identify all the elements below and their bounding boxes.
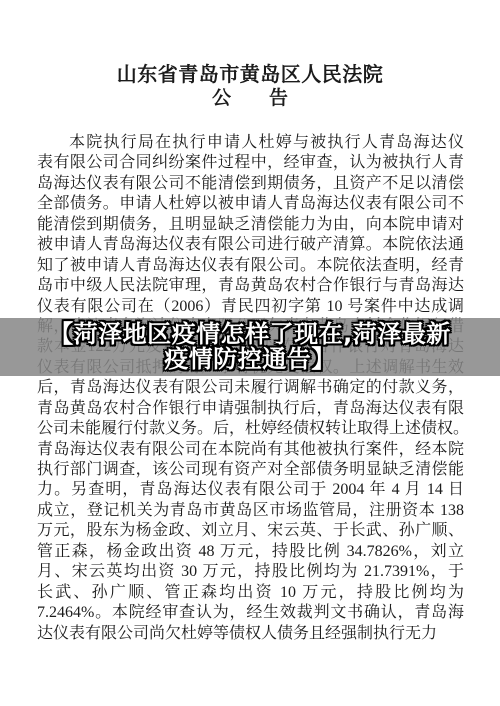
- body-line: 月、宋云英均出资 30 万元，持股比例均为 21.7391%，于: [37, 562, 464, 582]
- overlay-title-line-2: 疫情防控通告】: [164, 347, 336, 372]
- body-line: 能清偿到期债务，且明显缺乏清偿能力为由，向本院申请对: [37, 215, 464, 235]
- body-line: 全部债务。申请人杜婷以被申请人青岛海达仪表有限公司不: [37, 194, 464, 214]
- body-line: 青岛海达仪表有限公司在本院尚有其他被执行案件，经本院: [37, 440, 464, 460]
- body-line: 公司未能履行付款义务。后，杜婷经债权转让取得上述债权。: [37, 419, 464, 439]
- announcement-page: 山东省青岛市黄岛区人民法院 公 告 本院执行局在执行申请人杜婷与被执行人青岛海达…: [0, 0, 500, 706]
- body-line: 表有限公司合同纠纷案件过程中，经审查，认为被执行人青: [37, 153, 464, 173]
- body-line: 万元，股东为杨金政、刘立月、宋云英、于长武、孙广顺、: [37, 521, 464, 541]
- body-line: 知了被申请人青岛海达仪表有限公司。本院依法查明，经青: [37, 256, 464, 276]
- body-line: 力。另查明，青岛海达仪表有限公司于 2004 年 4 月 14 日: [37, 480, 464, 500]
- body-line: 岛市中级人民法院审理，青岛黄岛农村合作银行与青岛海达: [37, 276, 464, 296]
- body-line: 岛海达仪表有限公司不能清偿到期债务，且资产不足以清偿: [37, 174, 464, 194]
- body-line: 长武、孙广顺、管正森均出资 10 万元，持股比例均为: [37, 583, 464, 603]
- body-line: 仪表有限公司在（2006）青民四初字第 10 号案件中达成调: [37, 297, 464, 317]
- overlay-band: 【菏泽地区疫情怎样了现在,菏泽最新 疫情防控通告】: [0, 318, 500, 376]
- body-line: 本院执行局在执行申请人杜婷与被执行人青岛海达仪: [37, 133, 464, 153]
- body-line: 被申请人青岛海达仪表有限公司进行破产清算。本院依法通: [37, 235, 464, 255]
- body-line: 后，青岛海达仪表有限公司未履行调解书确定的付款义务，: [37, 378, 464, 398]
- body-line: 达仪表有限公司尚欠杜婷等债权人债务且经强制执行无力: [37, 624, 464, 644]
- body-line: 青岛黄岛农村合作银行申请强制执行后，青岛海达仪表有限: [37, 399, 464, 419]
- body-line: 管正森，杨金政出资 48 万元，持股比例 34.7826%，刘立: [37, 542, 464, 562]
- announcement-body: 本院执行局在执行申请人杜婷与被执行人青岛海达仪表有限公司合同纠纷案件过程中，经审…: [37, 133, 464, 644]
- body-line: 成立，登记机关为青岛市黄岛区市场监管局，注册资本 138: [37, 501, 464, 521]
- body-line: 执行部门调查，该公司现有资产对全部债务明显缺乏清偿能: [37, 460, 464, 480]
- body-line: 7.2464%。本院经审查认为，经生效裁判文书确认，青岛海: [37, 603, 464, 623]
- document-title: 公 告: [0, 83, 500, 110]
- overlay-title-line-1: 【菏泽地区疫情怎样了现在,菏泽最新: [49, 322, 451, 347]
